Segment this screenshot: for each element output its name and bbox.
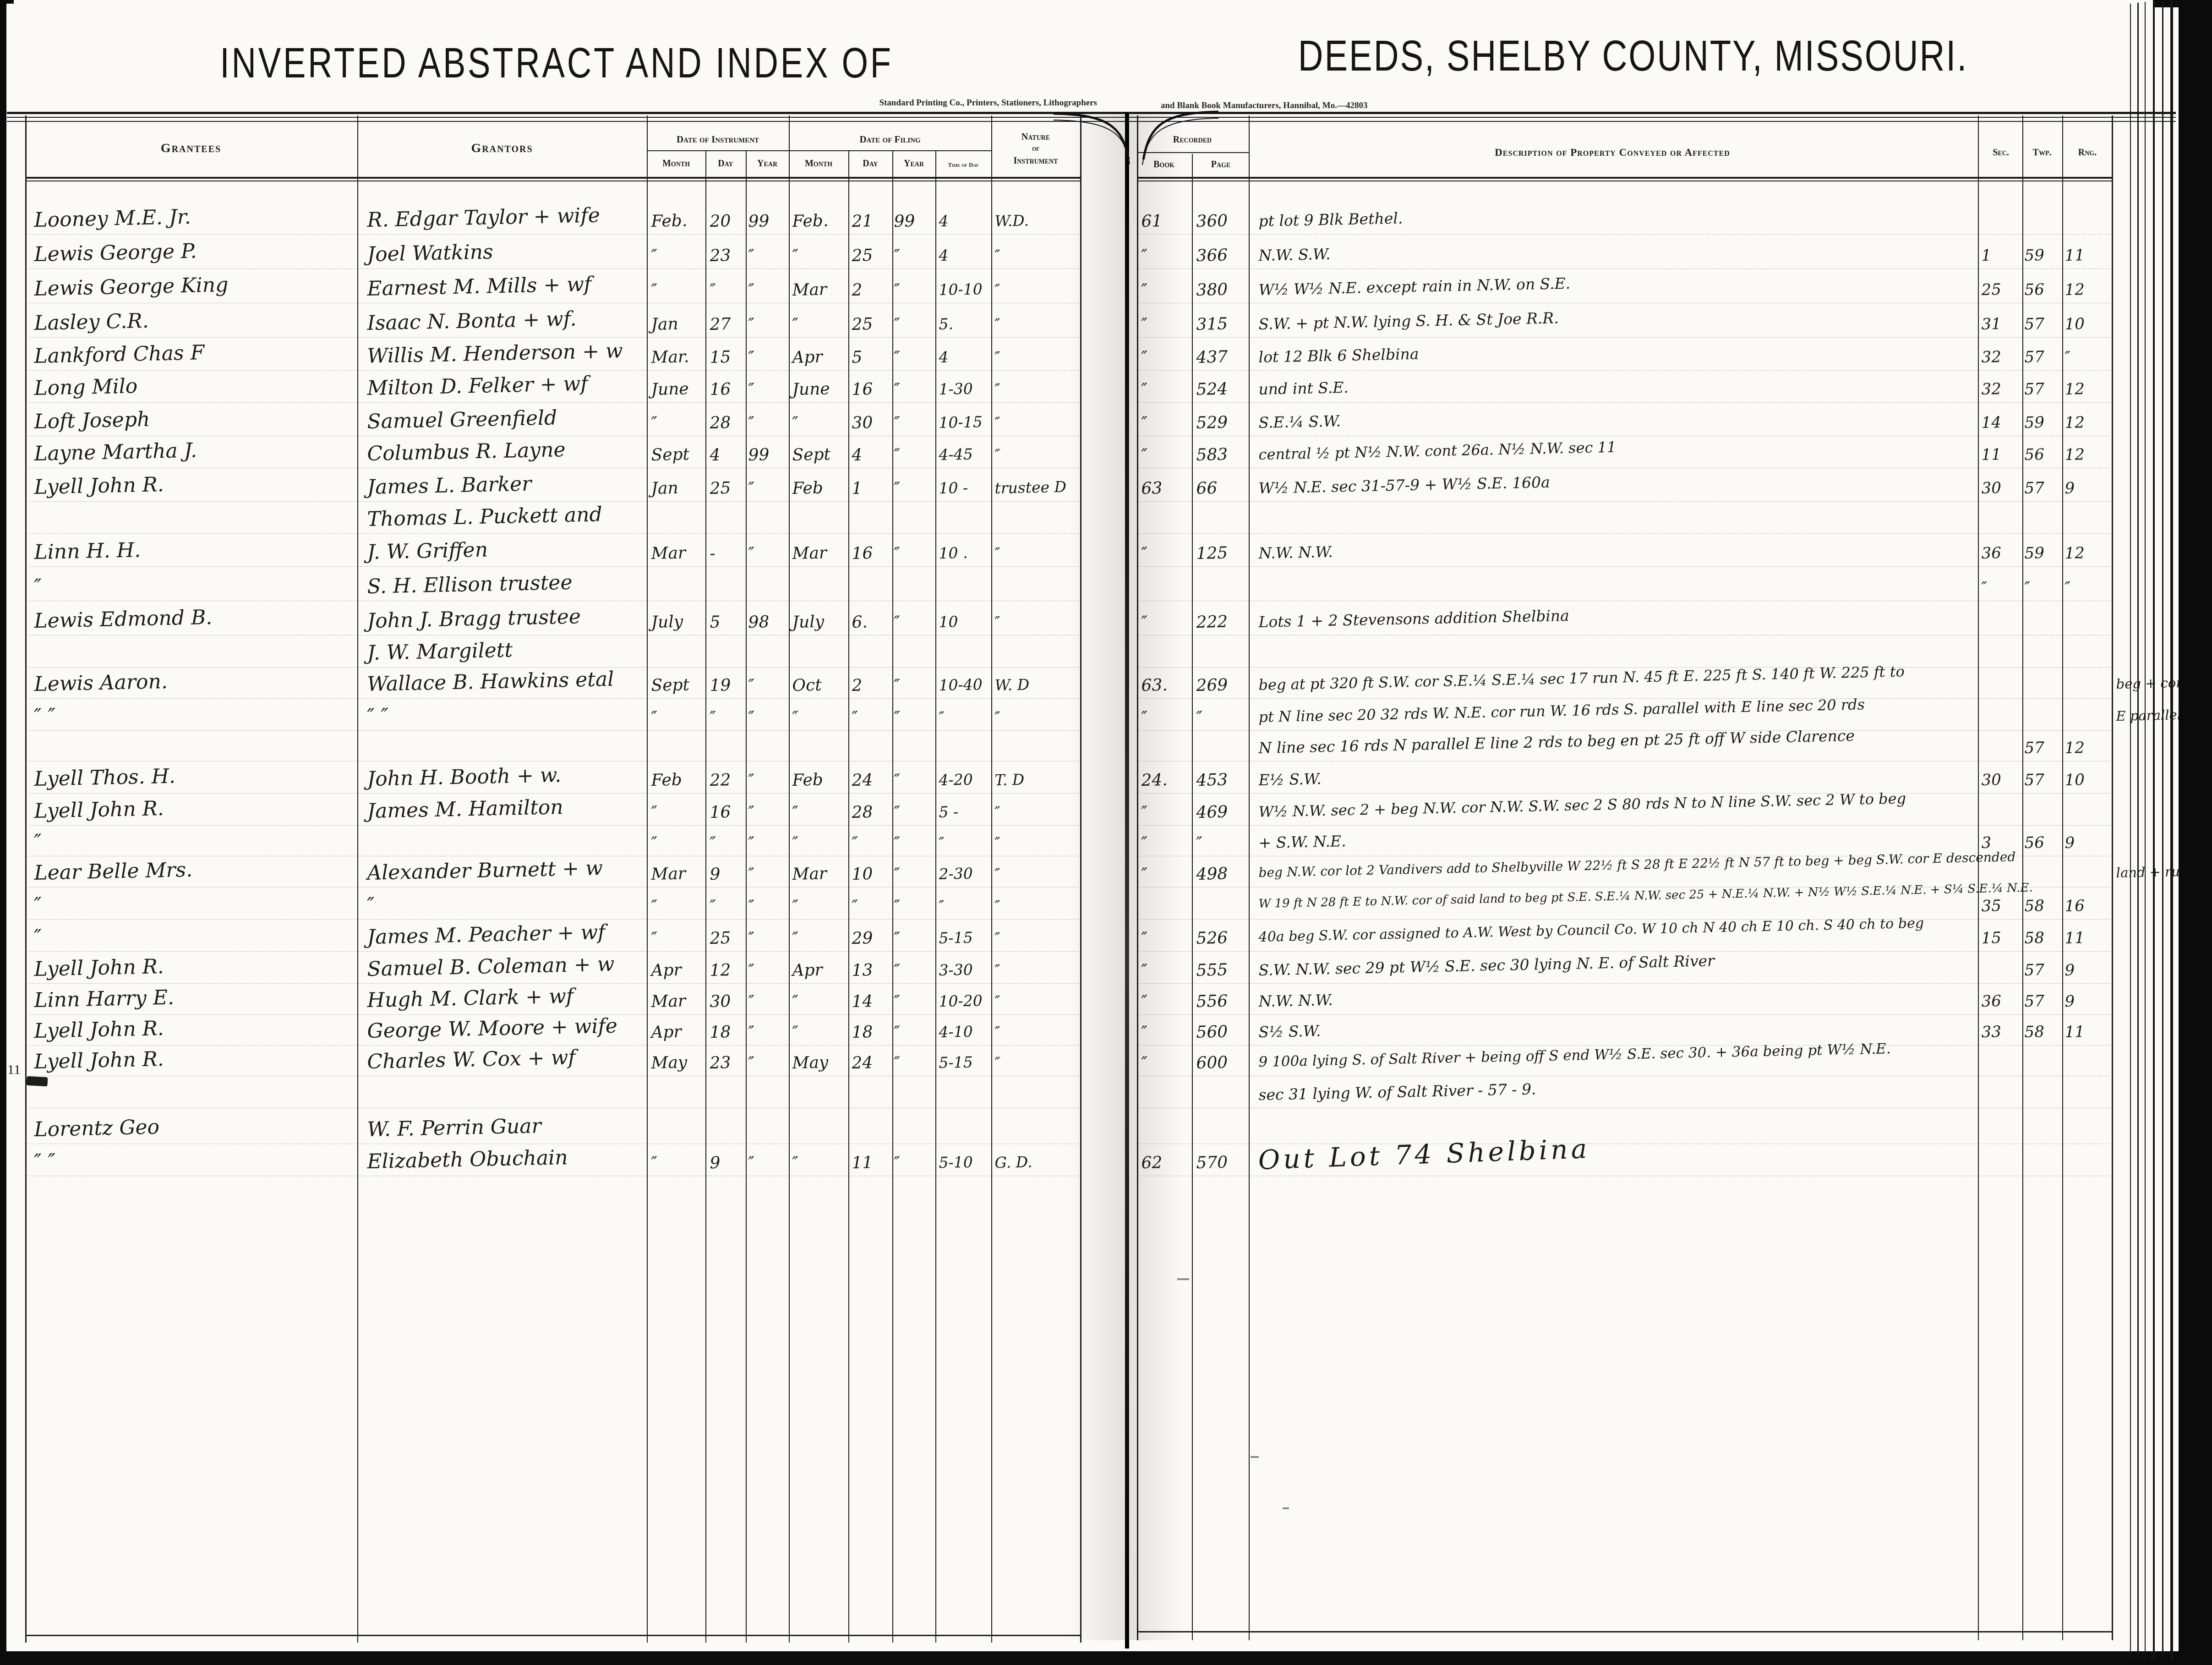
row-baseline-rule <box>1139 667 2110 668</box>
row-7-ft: 4-45 <box>939 445 973 464</box>
row-baseline-rule <box>27 635 1079 635</box>
row-3-rng: 10 <box>2065 315 2085 334</box>
row-3-de: S.W. + pt N.W. lying S. H. & St Joe R.R. <box>1258 309 1559 333</box>
row-29-gr: Elizabeth Obuchain <box>367 1146 568 1173</box>
row-15-iy: ″ <box>748 708 754 727</box>
row-baseline-rule <box>27 1014 1079 1015</box>
row-25-gr: George W. Moore + wife <box>367 1014 617 1043</box>
row-17-fd: 24 <box>852 771 873 790</box>
row-8-fm: Feb <box>792 479 823 498</box>
row-25-ft: 4-10 <box>939 1022 973 1041</box>
table-vertical-rule <box>2112 115 2113 1640</box>
col-header-grantees: Grantees <box>161 141 221 156</box>
row-24-im: Mar <box>651 991 686 1011</box>
row-3-twp: 57 <box>2024 315 2044 334</box>
row-23-pg: 555 <box>1196 961 1228 980</box>
row-24-ge: Linn Harry E. <box>34 986 175 1012</box>
row-7-id: 4 <box>710 446 721 465</box>
row-4-fy: ″ <box>894 348 900 367</box>
row-baseline-rule <box>27 951 1079 952</box>
table-vertical-rule <box>848 151 849 1643</box>
row-22-pg: 526 <box>1196 929 1228 948</box>
row-baseline-rule <box>27 303 1079 303</box>
row-4-rng: ″ <box>2065 348 2071 367</box>
col-header-filing-month: Month <box>805 159 832 169</box>
row-21-sec: 35 <box>1981 897 2001 915</box>
row-8-id: 25 <box>710 479 731 498</box>
row-2-fd: 2 <box>852 281 863 300</box>
row-25-fm: ″ <box>792 1023 798 1042</box>
row-23-gr: Samuel B. Coleman + w <box>367 953 615 981</box>
row-5-rng: 12 <box>2065 380 2085 399</box>
row-20-pg: 498 <box>1196 865 1228 884</box>
row-25-im: Apr <box>651 1023 682 1042</box>
row-15-gr: ″ ″ <box>367 704 389 728</box>
row-23-twp: 57 <box>2024 961 2044 980</box>
row-baseline-rule <box>27 566 1079 567</box>
row-21-rng: 16 <box>2065 897 2085 915</box>
row-2-im: ″ <box>651 281 657 300</box>
row-7-im: Sept <box>651 445 689 465</box>
row-baseline-rule <box>1139 1045 2110 1046</box>
row-1-sec: 1 <box>1981 246 1991 265</box>
row-4-ge: Lankford Chas F <box>34 341 205 368</box>
row-0-id: 20 <box>710 212 731 231</box>
row-baseline-rule <box>1139 730 2110 731</box>
row-baseline-rule <box>27 856 1079 856</box>
row-24-ft: 10-20 <box>939 991 983 1010</box>
row-baseline-rule <box>1139 468 2110 468</box>
row-4-ft: 4 <box>939 348 949 366</box>
row-17-sec: 30 <box>1981 771 2001 789</box>
row-26-na: ″ <box>994 1054 1000 1072</box>
table-vertical-rule <box>1192 154 1193 1640</box>
row-baseline-rule <box>27 761 1079 761</box>
row-22-fm: ″ <box>792 929 798 948</box>
row-7-twp: 56 <box>2024 445 2044 464</box>
row-0-gr: R. Edgar Taylor + wife <box>367 203 600 232</box>
row-20-gr: Alexander Burnett + w <box>367 856 603 885</box>
row-10-na: ″ <box>994 544 1000 562</box>
row-14-fy: ″ <box>894 676 900 695</box>
row-23-fy: ″ <box>894 961 900 980</box>
row-14-ft: 10-40 <box>939 675 983 694</box>
row-1-de: N.W. S.W. <box>1258 245 1331 264</box>
book-spine <box>1125 113 1129 1649</box>
row-19-im: ″ <box>651 834 657 853</box>
row-24-pg: 556 <box>1196 992 1228 1011</box>
row-8-na: trustee D <box>994 478 1066 497</box>
row-10-gr: J. W. Griffen <box>367 538 488 564</box>
row-10-id: - <box>710 544 715 563</box>
col-header-instrument-year: Year <box>757 159 777 169</box>
row-19-fd: ″ <box>852 834 858 853</box>
row-4-pg: 437 <box>1196 348 1228 367</box>
row-12-id: 5 <box>710 613 721 632</box>
row-15-fd: ″ <box>852 708 858 727</box>
row-17-iy: ″ <box>748 771 754 790</box>
row-21-na: ″ <box>994 897 1000 915</box>
row-baseline-rule <box>27 1144 1079 1144</box>
row-10-ft: 10 . <box>939 544 968 562</box>
row-28-gr: W. F. Perrin Guar <box>367 1114 541 1141</box>
row-17-twp: 57 <box>2024 771 2044 789</box>
scan-speck <box>1177 1278 1189 1280</box>
row-17-ft: 4-20 <box>939 770 973 789</box>
row-21-iy: ″ <box>748 897 754 916</box>
row-26-fd: 24 <box>852 1053 873 1073</box>
row-5-iy: ″ <box>748 380 754 399</box>
page-stack-edge <box>2145 2 2146 1660</box>
row-4-fm: Apr <box>792 348 823 367</box>
row-29-fd: 11 <box>852 1153 873 1172</box>
row-baseline-rule <box>27 1045 1079 1046</box>
row-22-ft: 5-15 <box>939 928 973 947</box>
row-6-ft: 10-15 <box>939 413 983 432</box>
row-14-gr: Wallace B. Hawkins etal <box>367 668 614 696</box>
row-21-ft: ″ <box>939 897 945 915</box>
row-6-id: 28 <box>710 413 731 433</box>
row-5-sec: 32 <box>1981 380 2001 399</box>
row-11-sec: ″ <box>1981 579 1988 597</box>
row-25-iy: ″ <box>748 1023 754 1042</box>
row-4-sec: 32 <box>1981 348 2001 367</box>
row-10-fm: Mar <box>792 543 827 563</box>
col-header-nature-line2: of <box>1032 144 1040 153</box>
row-3-na: ″ <box>994 315 1000 333</box>
row-baseline-rule <box>27 825 1079 826</box>
table-vertical-rule <box>789 115 790 1643</box>
page-stack-edge <box>2153 1 2155 1660</box>
row-baseline-rule <box>27 436 1079 436</box>
row-5-pg: 524 <box>1196 380 1228 399</box>
row-8-im: Jan <box>651 479 678 498</box>
row-8-fy: ″ <box>894 479 900 498</box>
row-22-de: 40a beg S.W. cor assigned to A.W. West b… <box>1258 915 1924 945</box>
row-6-gr: Samuel Greenfield <box>367 406 557 433</box>
row-15-id: ″ <box>710 708 716 727</box>
row-baseline-rule <box>1139 1076 2110 1076</box>
table-vertical-rule <box>746 151 747 1643</box>
row-21-de: W 19 ft N 28 ft E to N.W. cor of said la… <box>1258 881 2033 911</box>
row-11-gr: S. H. Ellison trustee <box>367 571 573 598</box>
row-10-de: N.W. N.W. <box>1258 543 1333 562</box>
row-20-iy: ″ <box>748 865 754 884</box>
row-7-fm: Sept <box>792 445 830 465</box>
table-horizontal-rule <box>1137 181 2112 181</box>
row-4-na: ″ <box>994 348 1000 366</box>
row-20-ge: Lear Belle Mrs. <box>34 858 193 885</box>
row-18-pg: 469 <box>1196 803 1228 822</box>
row-8-ft: 10 - <box>939 479 968 497</box>
row-29-de: Out Lot 74 Shelbina <box>1258 1133 1591 1176</box>
row-22-im: ″ <box>651 929 657 948</box>
row-baseline-rule <box>1139 303 2110 303</box>
row-23-de: S.W. N.W. sec 29 pt W½ S.E. sec 30 lying… <box>1258 952 1715 979</box>
row-22-na: ″ <box>994 929 1000 947</box>
row-26-gr: Charles W. Cox + wf <box>367 1046 576 1073</box>
row-baseline-rule <box>1139 635 2110 635</box>
row-19-iy: ″ <box>748 834 754 853</box>
row-1-rng: 11 <box>2065 246 2085 265</box>
row-21-im: ″ <box>651 897 657 916</box>
row-14-im: Sept <box>651 675 689 695</box>
row-8-pg: 66 <box>1196 479 1218 498</box>
row-15-ft: ″ <box>939 708 945 726</box>
row-3-pg: 315 <box>1196 315 1228 334</box>
row-16-rng: 12 <box>2065 739 2085 757</box>
row-0-na: W.D. <box>994 211 1029 230</box>
row-baseline-rule <box>27 601 1079 601</box>
row-17-im: Feb <box>651 771 682 790</box>
row-baseline-rule <box>27 370 1079 371</box>
row-4-gr: Willis M. Henderson + w <box>367 339 623 368</box>
col-header-date-of-filing: Date of Filing <box>859 134 920 145</box>
row-6-im: ″ <box>651 414 657 433</box>
row-19-pg: ″ <box>1196 834 1202 853</box>
row-26-fy: ″ <box>894 1054 900 1073</box>
row-3-fd: 25 <box>852 315 873 334</box>
row-26-id: 23 <box>710 1053 731 1073</box>
row-10-iy: ″ <box>748 544 754 563</box>
row-19-fy: ″ <box>894 834 900 853</box>
row-19-ft: ″ <box>939 834 945 852</box>
row-18-ft: 5 - <box>939 803 958 821</box>
row-19-ge: ″ <box>34 830 42 854</box>
row-24-fd: 14 <box>852 992 873 1011</box>
row-23-fd: 13 <box>852 961 873 980</box>
row-17-fy: ″ <box>894 771 900 790</box>
row-18-fm: ″ <box>792 803 798 822</box>
row-1-iy: ″ <box>748 246 754 265</box>
row-12-ft: 10 <box>939 613 958 631</box>
row-15-na: ″ <box>994 708 1000 726</box>
row-10-pg: 125 <box>1196 544 1228 563</box>
row-25-id: 18 <box>710 1023 731 1042</box>
row-24-gr: Hugh M. Clark + wf <box>367 985 574 1012</box>
row-baseline-rule <box>27 698 1079 699</box>
row-25-ge: Lyell John R. <box>34 1017 164 1043</box>
row-23-na: ″ <box>994 961 1000 979</box>
row-5-ft: 1-30 <box>939 379 973 398</box>
row-baseline-rule <box>1139 793 2110 794</box>
row-2-rng: 12 <box>2065 280 2085 299</box>
row-22-iy: ″ <box>748 929 754 948</box>
row-1-twp: 59 <box>2024 246 2044 265</box>
row-17-de: E½ S.W. <box>1258 770 1322 789</box>
row-25-pg: 560 <box>1196 1023 1228 1042</box>
row-15-fm: ″ <box>792 708 798 727</box>
page-title-right: DEEDS, SHELBY COUNTY, MISSOURI. <box>1298 31 1968 81</box>
row-baseline-rule <box>1139 533 2110 534</box>
page-stack-edge <box>2137 3 2139 1660</box>
row-20-na: ″ <box>994 865 1000 883</box>
row-baseline-rule <box>27 919 1079 920</box>
row-20-fy: ″ <box>894 865 900 884</box>
row-19-de: + S.W. N.E. <box>1258 832 1346 852</box>
row-2-iy: ″ <box>748 281 754 300</box>
row-18-fy: ″ <box>894 803 900 822</box>
row-0-im: Feb. <box>651 211 688 231</box>
row-1-fd: 25 <box>852 246 873 265</box>
row-22-fy: ″ <box>894 929 900 948</box>
table-vertical-rule <box>1249 115 1250 1640</box>
row-5-de: und int S.E. <box>1258 378 1349 398</box>
row-25-rng: 11 <box>2065 1023 2085 1041</box>
row-17-pg: 453 <box>1196 771 1228 790</box>
row-5-id: 16 <box>710 380 731 399</box>
row-14-iy: ″ <box>748 676 754 695</box>
row-baseline-rule <box>27 533 1079 534</box>
row-baseline-rule <box>1139 919 2110 920</box>
row-23-iy: ″ <box>748 961 754 980</box>
gutter-shadow-left <box>1067 115 1126 1640</box>
row-2-ft: 10-10 <box>939 280 983 299</box>
row-1-ft: 4 <box>939 246 949 264</box>
col-header-rng: Rng. <box>2078 148 2097 158</box>
row-5-na: ″ <box>994 380 1000 398</box>
row-11-twp: ″ <box>2024 579 2031 597</box>
row-16-de: N line sec 16 rds N parallel E line 2 rd… <box>1258 727 1855 757</box>
margin-page-number: 11 <box>7 1062 21 1078</box>
row-baseline-rule <box>1139 951 2110 952</box>
row-18-id: 16 <box>710 803 731 822</box>
row-29-ge: ″ ″ <box>34 1150 56 1173</box>
row-20-de: beg N.W. cor lot 2 Vandivers add to Shel… <box>1258 849 2015 880</box>
row-baseline-rule <box>1139 402 2110 403</box>
row-3-sec: 31 <box>1981 315 2001 334</box>
row-baseline-rule <box>27 793 1079 794</box>
row-18-na: ″ <box>994 803 1000 821</box>
row-23-ge: Lyell John R. <box>34 955 164 981</box>
row-17-rng: 10 <box>2065 771 2085 789</box>
row-22-twp: 58 <box>2024 929 2044 948</box>
row-20-id: 9 <box>710 865 721 884</box>
row-6-ge: Loft Joseph <box>34 408 150 433</box>
row-29-im: ″ <box>651 1154 657 1172</box>
row-7-gr: Columbus R. Layne <box>367 438 566 466</box>
page-stack-edge <box>2162 1 2163 1660</box>
row-0-ft: 4 <box>939 212 949 230</box>
row-baseline-rule <box>27 234 1079 235</box>
row-15-fy: ″ <box>894 708 900 727</box>
row-baseline-rule <box>1139 983 2110 984</box>
row-6-iy: ″ <box>748 414 754 433</box>
table-vertical-rule <box>892 151 893 1643</box>
row-10-fy: ″ <box>894 544 900 563</box>
row-1-fy: ″ <box>894 246 900 265</box>
row-3-ge: Lasley C.R. <box>34 309 149 335</box>
row-17-ge: Lyell Thos. H. <box>34 765 176 791</box>
row-8-ge: Lyell John R. <box>34 473 164 499</box>
col-header-filing-year: Year <box>904 159 924 169</box>
scan-speck <box>1283 1507 1289 1509</box>
row-5-fd: 16 <box>852 380 873 399</box>
row-12-de: Lots 1 + 2 Stevensons addition Shelbina <box>1258 607 1569 631</box>
row-7-fy: ″ <box>894 446 900 465</box>
row-29-id: 9 <box>710 1154 721 1172</box>
row-2-sec: 25 <box>1981 280 2001 299</box>
row-10-fd: 16 <box>852 544 873 563</box>
row-11-rng: ″ <box>2065 579 2071 597</box>
row-2-na: ″ <box>994 281 1000 299</box>
row-baseline-rule <box>1139 370 2110 371</box>
row-3-iy: ″ <box>748 315 754 334</box>
row-1-ge: Lewis George P. <box>34 240 197 266</box>
row-24-fy: ″ <box>894 992 900 1011</box>
row-baseline-rule <box>27 667 1079 668</box>
row-10-ge: Linn H. H. <box>34 538 141 564</box>
row-baseline-rule <box>1139 1014 2110 1015</box>
col-header-instrument-day: Day <box>718 159 733 169</box>
row-12-gr: John J. Bragg trustee <box>367 605 581 633</box>
row-baseline-rule <box>27 337 1079 338</box>
row-4-iy: ″ <box>748 348 754 367</box>
row-0-iy: 99 <box>748 212 770 231</box>
row-3-fm: ″ <box>792 315 798 334</box>
row-25-fy: ″ <box>894 1023 900 1042</box>
row-11-ge: ″ <box>34 575 42 598</box>
scan-corner-mark <box>2153 0 2179 7</box>
row-0-de: pt lot 9 Blk Bethel. <box>1258 209 1403 230</box>
row-6-fy: ″ <box>894 414 900 433</box>
row-baseline-rule <box>1139 761 2110 761</box>
row-24-na: ″ <box>994 992 1000 1010</box>
row-baseline-rule <box>1139 825 2110 826</box>
row-14-na: W. D <box>994 675 1029 694</box>
row-14-id: 19 <box>710 676 731 695</box>
row-8-rng: 9 <box>2065 479 2075 498</box>
ink-smudge <box>27 1076 48 1086</box>
row-27-de: sec 31 lying W. of Salt River - 57 - 9. <box>1258 1080 1536 1104</box>
table-vertical-rule <box>647 115 648 1643</box>
table-vertical-rule <box>991 115 992 1643</box>
row-7-ge: Layne Martha J. <box>34 439 197 466</box>
row-24-iy: ″ <box>748 992 754 1011</box>
row-10-sec: 36 <box>1981 544 2001 563</box>
row-3-id: 27 <box>710 315 731 334</box>
table-horizontal-rule <box>1137 1631 2112 1632</box>
row-26-ft: 5-15 <box>939 1053 973 1072</box>
row-baseline-rule <box>1139 1176 2110 1176</box>
row-12-iy: 98 <box>748 613 770 632</box>
row-baseline-rule <box>1139 1108 2110 1108</box>
col-header-instrument-month: Month <box>662 159 690 169</box>
row-24-de: N.W. N.W. <box>1258 991 1333 1010</box>
row-20-ft: 2-30 <box>939 864 973 883</box>
row-26-im: May <box>651 1053 688 1073</box>
col-header-nature-line1: Nature <box>1021 132 1050 142</box>
row-12-pg: 222 <box>1196 613 1228 632</box>
row-14-pg: 269 <box>1196 676 1228 695</box>
table-horizontal-rule <box>25 181 1080 181</box>
col-header-time-of-day: Time of Day <box>948 161 978 169</box>
row-1-id: 23 <box>710 246 731 265</box>
row-18-iy: ″ <box>748 803 754 822</box>
row-10-im: Mar <box>651 543 686 563</box>
col-header-date-of-instrument: Date of Instrument <box>677 134 759 145</box>
col-header-sec: Sec. <box>1993 148 2009 158</box>
row-baseline-rule <box>27 1076 1079 1076</box>
row-7-de: central ½ pt N½ N.W. cont 26a. N½ N.W. s… <box>1258 438 1616 463</box>
row-6-na: ″ <box>994 414 1000 432</box>
row-baseline-rule <box>1139 436 2110 436</box>
row-baseline-rule <box>27 983 1079 984</box>
row-21-gr: ″ <box>367 893 375 917</box>
row-15-ge: ″ ″ <box>34 704 56 728</box>
row-12-im: July <box>651 613 683 632</box>
row-8-de: W½ N.E. sec 31-57-9 + W½ S.E. 160a <box>1258 473 1550 497</box>
